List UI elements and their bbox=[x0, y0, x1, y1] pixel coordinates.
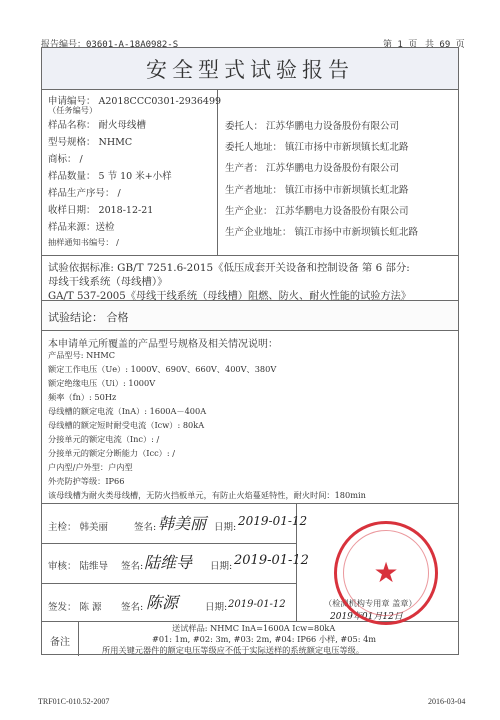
sign-date: 2019-01-12 bbox=[238, 514, 307, 528]
sample-quantity: 样品数量： 5 节 10 米+小样 bbox=[48, 168, 172, 182]
description-line: 分接单元的额定分断能力（Icc）: / bbox=[48, 448, 175, 459]
form-number: TRF01C-010.52-2007 bbox=[38, 697, 109, 706]
sign-label: 签名: bbox=[121, 599, 143, 613]
description-line: 户内型/户外型：户内型 bbox=[48, 462, 133, 473]
sample-serial-number: 样品生产序号： / bbox=[48, 185, 121, 199]
sign-label: 签名: bbox=[134, 519, 156, 533]
description-line: 额定工作电压（Ue）: 1000V、690V、660V、400V、380V bbox=[48, 364, 276, 375]
receipt-date: 收样日期： 2018-12-21 bbox=[48, 202, 153, 216]
sample-name: 样品名称： 耐火母线槽 bbox=[48, 117, 146, 131]
sample-source: 样品来源：送检 bbox=[48, 219, 115, 233]
manufacturer-address: 生产企业地址： 镇江市扬中市新坝镇长虹北路 bbox=[225, 224, 418, 238]
date-label: 日期: bbox=[214, 519, 236, 533]
sign-label: 签名: bbox=[121, 558, 143, 572]
date-label: 日期: bbox=[210, 558, 232, 572]
sign-date: 2019-01-12 bbox=[228, 599, 286, 610]
manufacturer: 生产企业： 江苏华鹏电力设备股份有限公司 bbox=[225, 203, 409, 217]
reviewer: 审核： 陆维导 bbox=[48, 558, 108, 572]
issuer: 签发： 陈 源 bbox=[48, 599, 102, 613]
remarks-line-1: 送试样品: NHMC InA=1600A Icw=80kA bbox=[172, 623, 335, 634]
description-heading: 本申请单元所覆盖的产品型号规格及相关情况说明： bbox=[48, 335, 278, 350]
description-line: 额定绝缘电压（Ui）: 1000V bbox=[48, 378, 155, 389]
client-address: 委托人地址： 镇江市扬中市新坝镇长虹北路 bbox=[225, 139, 409, 153]
description-line: 母线槽的额定电流（InA）: 1600A－400A bbox=[48, 406, 206, 417]
task-number: （任务编号） bbox=[48, 105, 97, 116]
remarks-line-3: 所用关键元器件的额定电压等级应不低于实际送样的系统额定电压等级。 bbox=[102, 645, 364, 656]
remarks-label: 备注 bbox=[50, 633, 70, 648]
description-line: 分接单元的额定电流（Inc）: / bbox=[48, 434, 159, 445]
page-title: 安全型式试验报告 bbox=[42, 48, 458, 90]
signature: 韩美丽 bbox=[158, 511, 206, 534]
producer: 生产者： 江苏华鹏电力设备股份有限公司 bbox=[225, 160, 399, 174]
form-date: 2016-03-04 bbox=[428, 697, 465, 706]
client: 委托人： 江苏华鹏电力设备股份有限公司 bbox=[225, 118, 399, 132]
remarks-divider bbox=[78, 622, 79, 656]
signature: 陈源 bbox=[146, 590, 178, 613]
sign-date: 2019-01-12 bbox=[234, 553, 309, 568]
description-line: 产品型号: NHMC bbox=[48, 350, 115, 361]
description-line: 母线槽的额定短时耐受电流（Icw）: 80kA bbox=[48, 420, 204, 431]
standard-line-3: GA/T 537-2005《母线干线系统（母线槽）阻燃、防火、耐火性能的试验方法… bbox=[48, 287, 411, 302]
info-divider bbox=[217, 90, 218, 256]
model-spec: 型号规格： NHMC bbox=[48, 134, 132, 148]
star-icon: ★ bbox=[373, 559, 398, 587]
chief-inspector: 主检： 韩美丽 bbox=[48, 519, 108, 533]
date-label: 日期: bbox=[205, 599, 227, 613]
description-line: 外壳防护等级：IP66 bbox=[48, 476, 124, 487]
producer-address: 生产者地址： 镇江市扬中市新坝镇长虹北路 bbox=[225, 182, 409, 196]
standard-line-1: 试验依据标准: GB/T 7251.6-2015《低压成套开关设备和控制设备 第… bbox=[48, 259, 410, 274]
description-line: 频率（fn）: 50Hz bbox=[48, 392, 116, 403]
sampling-notice-number: 抽样通知书编号： / bbox=[48, 237, 119, 248]
official-seal: ★ bbox=[334, 521, 438, 625]
description-line: 该母线槽为耐火类母线槽，无防火挡板单元，有防止火焰蔓延特性，耐火时间：180mi… bbox=[48, 490, 366, 501]
trademark: 商标： / bbox=[48, 151, 83, 165]
signature: 陆维导 bbox=[144, 550, 192, 573]
standard-line-2: 母线干线系统（母线槽）》 bbox=[48, 273, 168, 288]
remarks-line-2: #01: 1m, #02: 3m, #03: 2m, #04: IP66 小样,… bbox=[152, 634, 376, 645]
test-conclusion: 试验结论： 合格 bbox=[48, 309, 129, 325]
